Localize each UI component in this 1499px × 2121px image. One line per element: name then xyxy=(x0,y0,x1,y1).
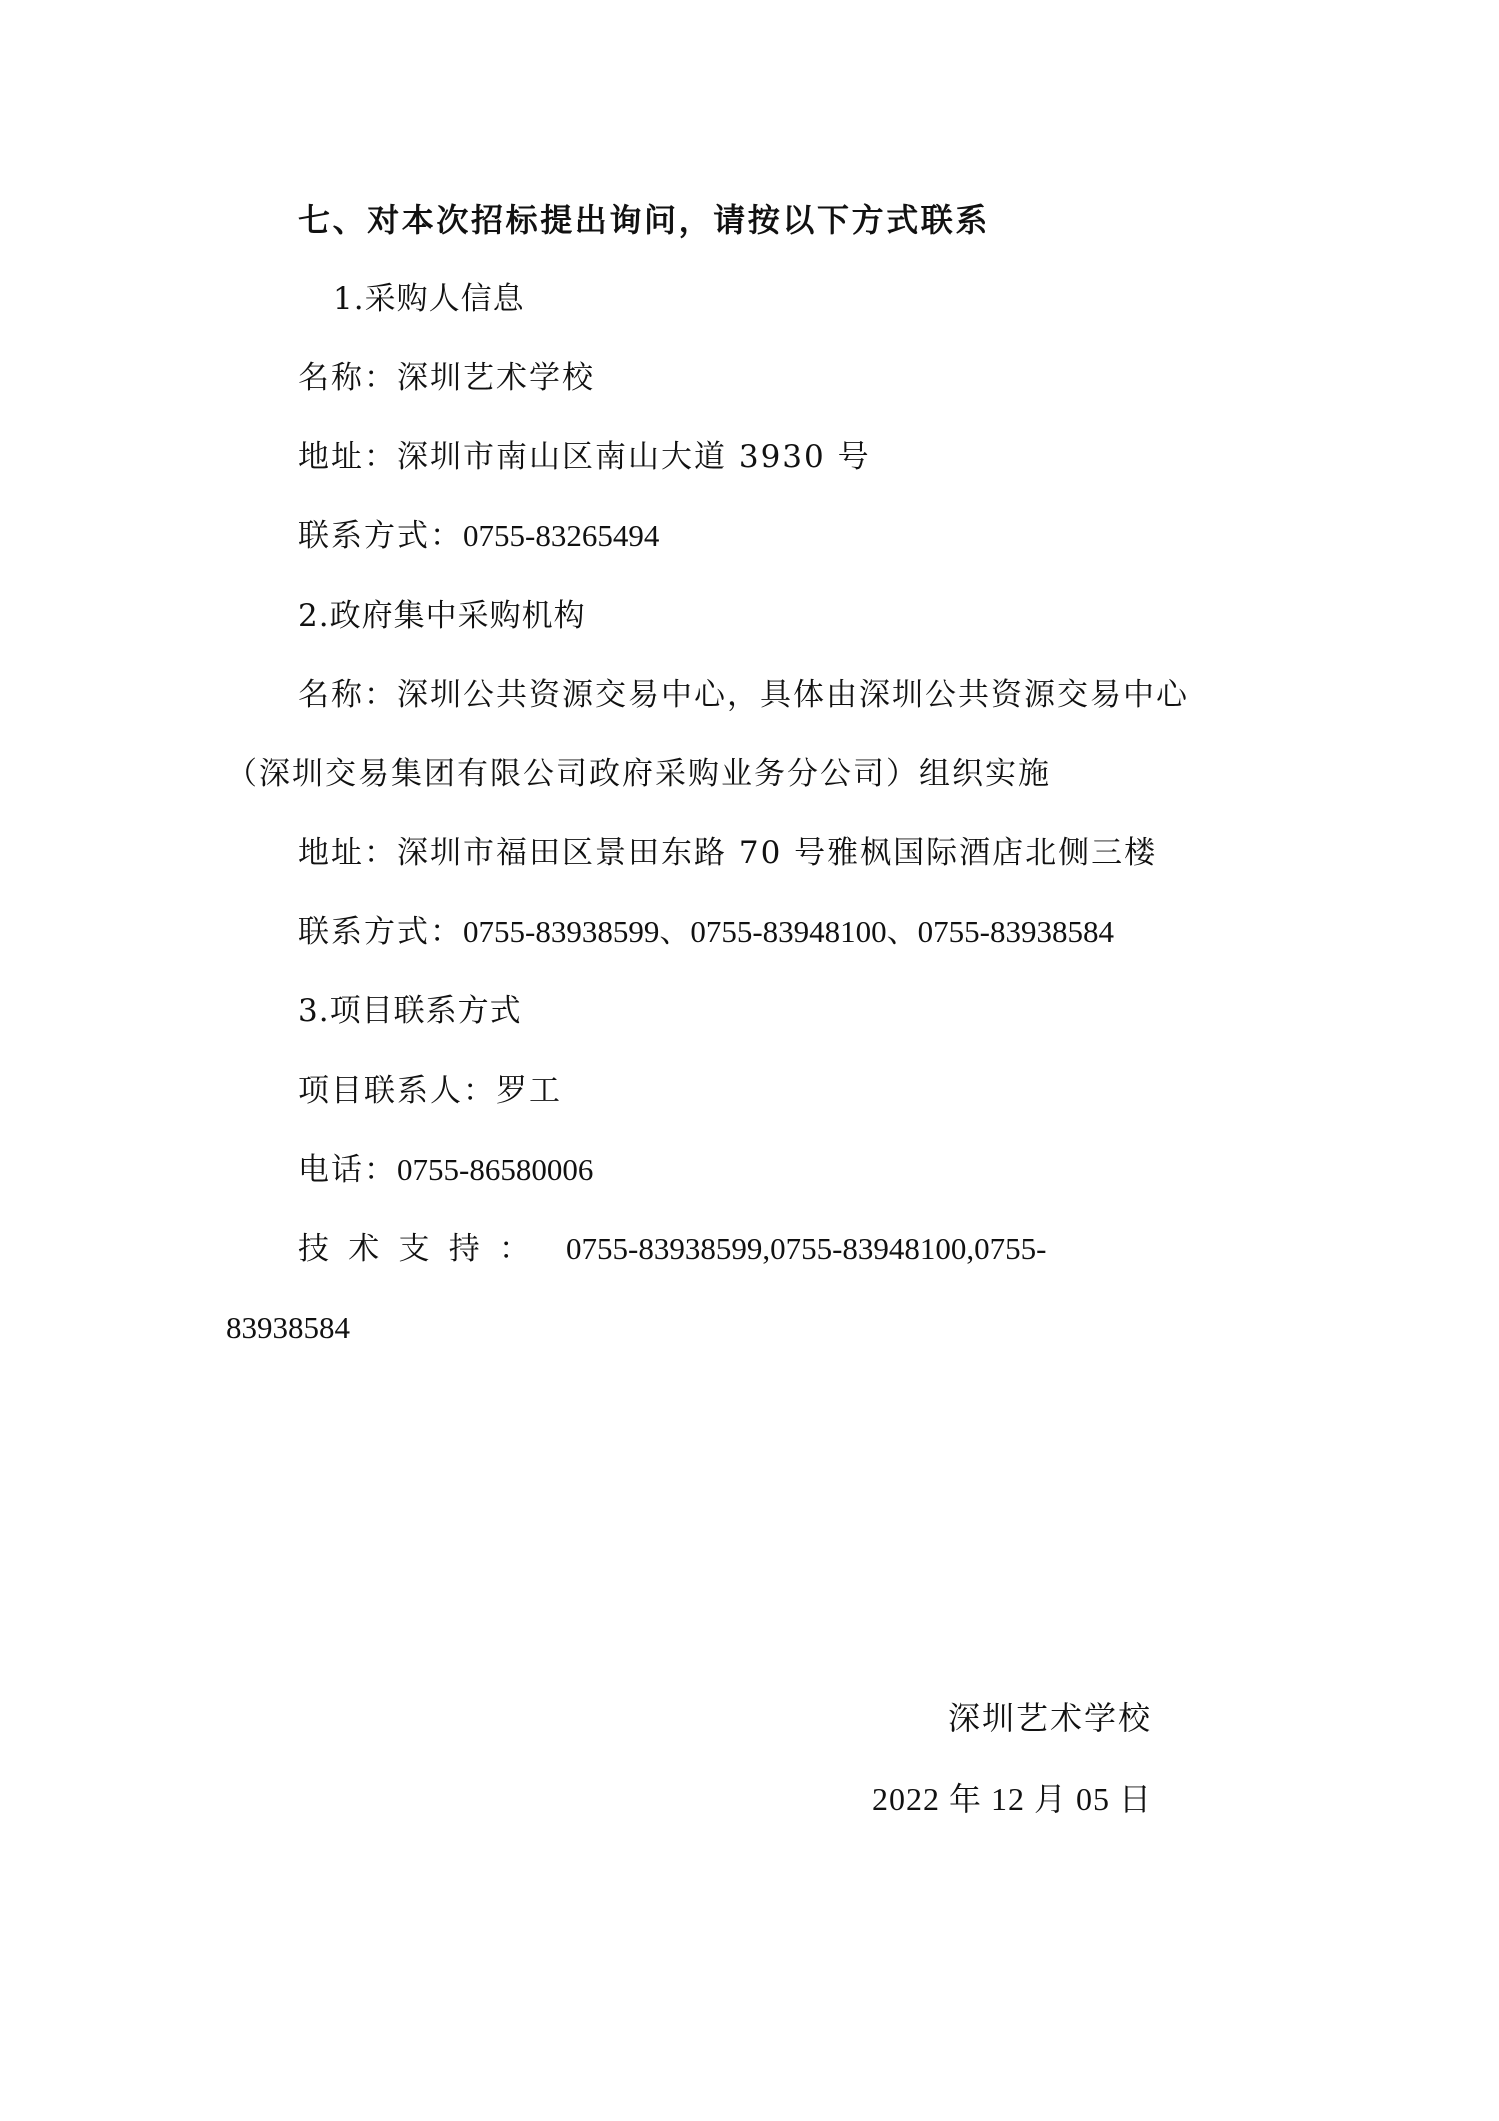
agency-address-row: 地址：深圳市福田区景田东路 70 号雅枫国际酒店北侧三楼 xyxy=(298,833,1157,873)
agency-name-value-line1: 深圳公共资源交易中心，具体由深圳公共资源交易中心 xyxy=(397,677,1189,713)
purchaser-address-label: 地址： xyxy=(298,439,397,475)
agency-contact-value: 0755-83938599、0755-83948100、0755-8393858… xyxy=(463,914,1114,949)
project-contact-person-row: 项目联系人：罗工 xyxy=(298,1071,562,1111)
project-phone-label: 电话： xyxy=(298,1152,397,1188)
tech-support-value-line1: 0755-83938599,0755-83948100,0755- xyxy=(566,1231,1046,1266)
agency-contact-label: 联系方式： xyxy=(298,914,463,950)
project-contact-person-value: 罗工 xyxy=(496,1073,562,1109)
tech-support-label: 技术支持： xyxy=(298,1229,530,1269)
signature-organization: 深圳艺术学校 xyxy=(948,1698,1152,1738)
purchaser-name-label: 名称： xyxy=(298,360,397,396)
agency-heading: 2.政府集中采购机构 xyxy=(298,596,586,636)
agency-address-value: 深圳市福田区景田东路 70 号雅枫国际酒店北侧三楼 xyxy=(397,835,1157,871)
agency-name-row: 名称：深圳公共资源交易中心，具体由深圳公共资源交易中心 xyxy=(298,675,1189,715)
purchaser-name-value: 深圳艺术学校 xyxy=(397,360,595,396)
signature-date: 2022 年 12 月 05 日 xyxy=(872,1779,1152,1819)
document-page: 七、对本次招标提出询问，请按以下方式联系 1.采购人信息 名称：深圳艺术学校 地… xyxy=(0,0,1499,2121)
purchaser-name-row: 名称：深圳艺术学校 xyxy=(298,358,595,398)
purchaser-heading: 1.采购人信息 xyxy=(333,279,525,319)
purchaser-contact-value: 0755-83265494 xyxy=(463,518,659,553)
purchaser-address-value: 深圳市南山区南山大道 3930 号 xyxy=(397,439,871,475)
purchaser-contact-label: 联系方式： xyxy=(298,518,463,554)
project-heading: 3.项目联系方式 xyxy=(298,991,522,1031)
agency-name-value-line2: （深圳交易集团有限公司政府采购业务分公司）组织实施 xyxy=(226,754,1051,794)
project-phone-value: 0755-86580006 xyxy=(397,1152,593,1187)
purchaser-contact-row: 联系方式：0755-83265494 xyxy=(298,516,659,556)
project-phone-row: 电话：0755-86580006 xyxy=(298,1150,593,1190)
agency-name-label: 名称： xyxy=(298,677,397,713)
tech-support-row: 技术支持：0755-83938599,0755-83948100,0755- xyxy=(298,1229,1046,1269)
agency-address-label: 地址： xyxy=(298,835,397,871)
section-heading: 七、对本次招标提出询问，请按以下方式联系 xyxy=(298,200,990,240)
purchaser-address-row: 地址：深圳市南山区南山大道 3930 号 xyxy=(298,437,871,477)
tech-support-value-line2: 83938584 xyxy=(226,1308,350,1348)
project-contact-person-label: 项目联系人： xyxy=(298,1073,496,1109)
agency-contact-row: 联系方式：0755-83938599、0755-83948100、0755-83… xyxy=(298,912,1114,952)
